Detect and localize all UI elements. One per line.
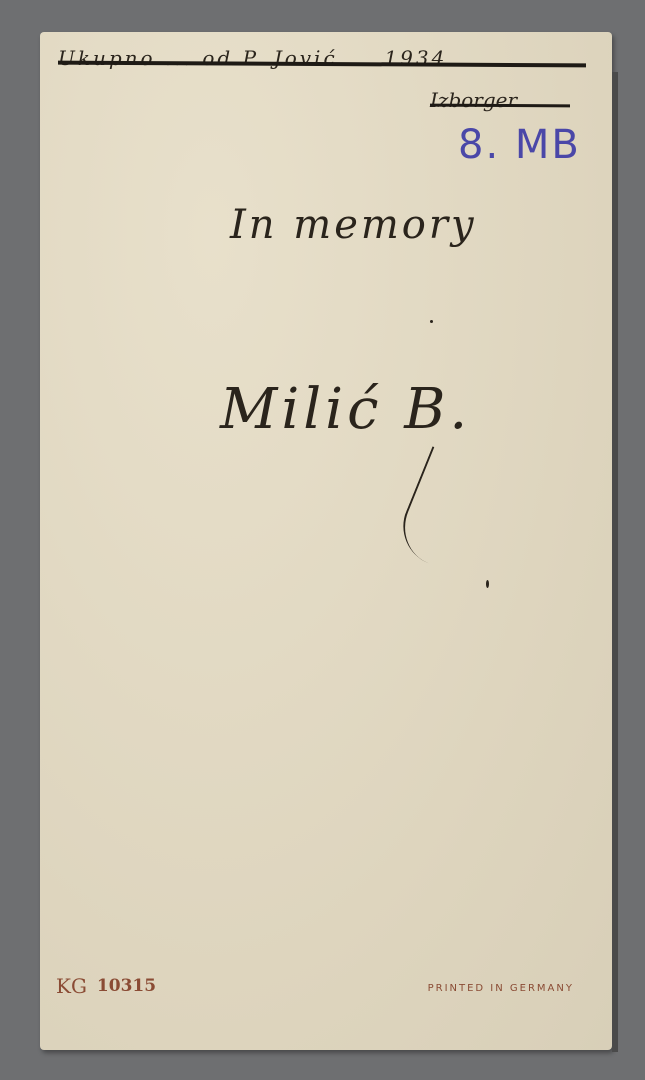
inscription-text: In memory	[230, 202, 477, 248]
crossed-out-handwriting-word: Izborger	[430, 88, 517, 112]
printed-in-label: PRINTED IN GERMANY	[428, 983, 574, 994]
ink-dot	[430, 320, 433, 323]
print-number: 10315	[97, 976, 156, 996]
catalog-mark: 8. MB	[458, 122, 581, 168]
card-back: Ukupno ... od P. Jović ... 1934 Izborger…	[40, 32, 612, 1050]
signature: Milić B.	[220, 377, 471, 442]
signature-flourish	[391, 446, 480, 567]
card-edge-shadow	[612, 72, 618, 1052]
publisher-mark: KG 10315	[56, 974, 156, 998]
crossed-out-handwriting-line: Ukupno ... od P. Jović ... 1934	[58, 46, 447, 70]
publisher-logo-icon: KG	[56, 974, 87, 998]
ink-mark	[486, 580, 489, 588]
